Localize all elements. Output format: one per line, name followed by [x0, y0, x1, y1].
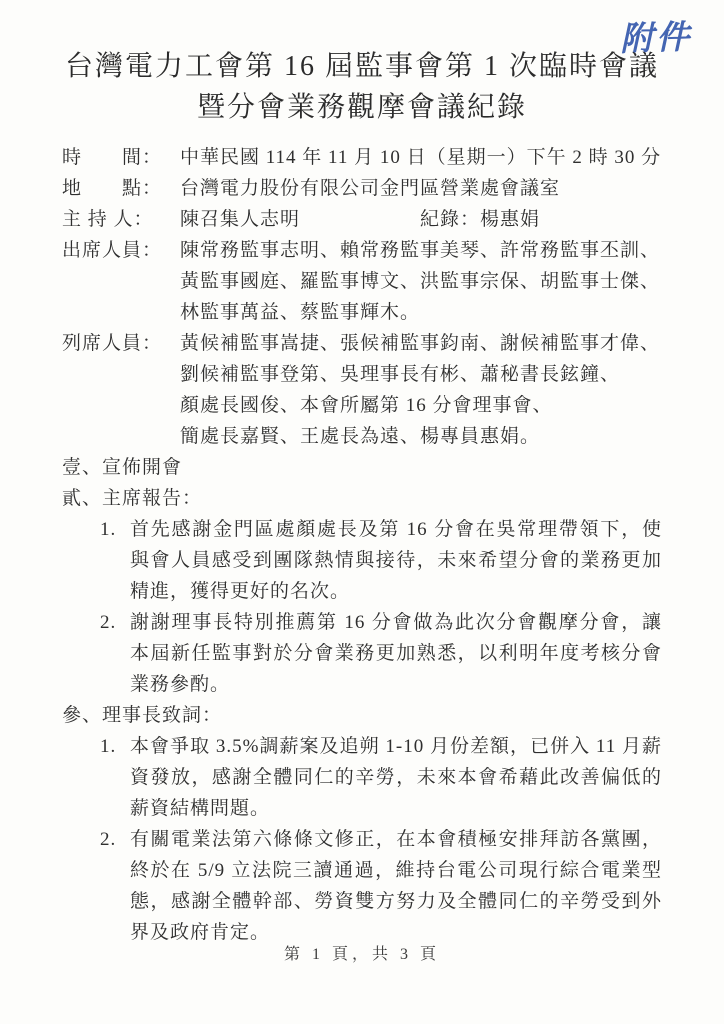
meta-observers-row: 列席人員： 黃候補監事嵩捷、張候補監事鈞南、謝候補監事才偉、 劉候補監事登第、吳… [62, 328, 662, 452]
item-text: 本會爭取 3.5%調薪案及追朔 1-10 月份差額，已併入 11 月薪資發放，感… [130, 731, 662, 824]
meta-time-row: 時 間： 中華民國 114 年 11 月 10 日（星期一）下午 2 時 30 … [62, 142, 662, 173]
item-text: 有關電業法第六條條文修正，在本會積極安排拜訪各黨團，終於在 5/9 立法院三讀通… [130, 824, 662, 948]
observers-line: 黃候補監事嵩捷、張候補監事鈞南、謝候補監事才偉、 [180, 328, 662, 359]
attendees-label: 出席人員： [62, 235, 180, 328]
page-footer: 第 1 頁，共 3 頁 [0, 941, 724, 964]
list-item: 1. 本會爭取 3.5%調薪案及追朔 1-10 月份差額，已併入 11 月薪資發… [100, 731, 662, 824]
document-body: 時 間： 中華民國 114 年 11 月 10 日（星期一）下午 2 時 30 … [62, 142, 662, 948]
attendees-line: 陳常務監事志明、賴常務監事美琴、許常務監事丕訓、 [180, 235, 662, 266]
observers-list: 黃候補監事嵩捷、張候補監事鈞南、謝候補監事才偉、 劉候補監事登第、吳理事長有彬、… [180, 328, 662, 452]
place-value: 台灣電力股份有限公司金門區營業處會議室 [180, 173, 662, 204]
attendees-list: 陳常務監事志明、賴常務監事美琴、許常務監事丕訓、 黃監事國庭、羅監事博文、洪監事… [180, 235, 662, 328]
section-heading-3: 參、理事長致詞： [62, 700, 662, 731]
attendees-line: 黃監事國庭、羅監事博文、洪監事宗保、胡監事士傑、 [180, 266, 662, 297]
list-item: 1. 首先感謝金門區處顏處長及第 16 分會在吳常理帶領下，使與會人員感受到團隊… [100, 514, 662, 607]
item-text: 謝謝理事長特別推薦第 16 分會做為此次分會觀摩分會，讓本屆新任監事對於分會業務… [130, 607, 662, 700]
item-number: 2. [100, 607, 130, 700]
place-label: 地 點： [62, 173, 180, 204]
document-title-line2: 暨分會業務觀摩會議紀錄 [0, 87, 724, 128]
document-title: 台灣電力工會第 16 屆監事會第 1 次臨時會議 暨分會業務觀摩會議紀錄 [0, 46, 724, 128]
recorder-label: 紀錄： [420, 209, 480, 230]
host-label: 主 持 人： [62, 204, 180, 235]
recorder-value: 楊惠娟 [480, 209, 540, 230]
document-title-line1: 台灣電力工會第 16 屆監事會第 1 次臨時會議 [0, 46, 724, 87]
attendees-line: 林監事萬益、蔡監事輝木。 [180, 297, 662, 328]
meta-host-row: 主 持 人： 陳召集人志明 紀錄：楊惠娟 [62, 204, 662, 235]
time-value: 中華民國 114 年 11 月 10 日（星期一）下午 2 時 30 分 [180, 142, 662, 173]
meta-place-row: 地 點： 台灣電力股份有限公司金門區營業處會議室 [62, 173, 662, 204]
section-heading-2: 貳、主席報告： [62, 483, 662, 514]
list-item: 2. 謝謝理事長特別推薦第 16 分會做為此次分會觀摩分會，讓本屆新任監事對於分… [100, 607, 662, 700]
item-number: 1. [100, 731, 130, 824]
observers-line: 劉候補監事登第、吳理事長有彬、蕭秘書長鉉鐘、 [180, 359, 662, 390]
recorder-group: 紀錄：楊惠娟 [420, 204, 540, 235]
scanned-page: 附件 台灣電力工會第 16 屆監事會第 1 次臨時會議 暨分會業務觀摩會議紀錄 … [0, 0, 724, 1024]
item-number: 1. [100, 514, 130, 607]
observers-line: 顏處長國俊、本會所屬第 16 分會理事會、 [180, 390, 662, 421]
item-text: 首先感謝金門區處顏處長及第 16 分會在吳常理帶領下，使與會人員感受到團隊熱情與… [130, 514, 662, 607]
time-label: 時 間： [62, 142, 180, 173]
observers-line: 簡處長嘉賢、王處長為遠、楊專員惠娟。 [180, 421, 662, 452]
observers-label: 列席人員： [62, 328, 180, 452]
section-heading-1: 壹、宣佈開會 [62, 452, 662, 483]
meta-attendees-row: 出席人員： 陳常務監事志明、賴常務監事美琴、許常務監事丕訓、 黃監事國庭、羅監事… [62, 235, 662, 328]
list-item: 2. 有關電業法第六條條文修正，在本會積極安排拜訪各黨團，終於在 5/9 立法院… [100, 824, 662, 948]
item-number: 2. [100, 824, 130, 948]
